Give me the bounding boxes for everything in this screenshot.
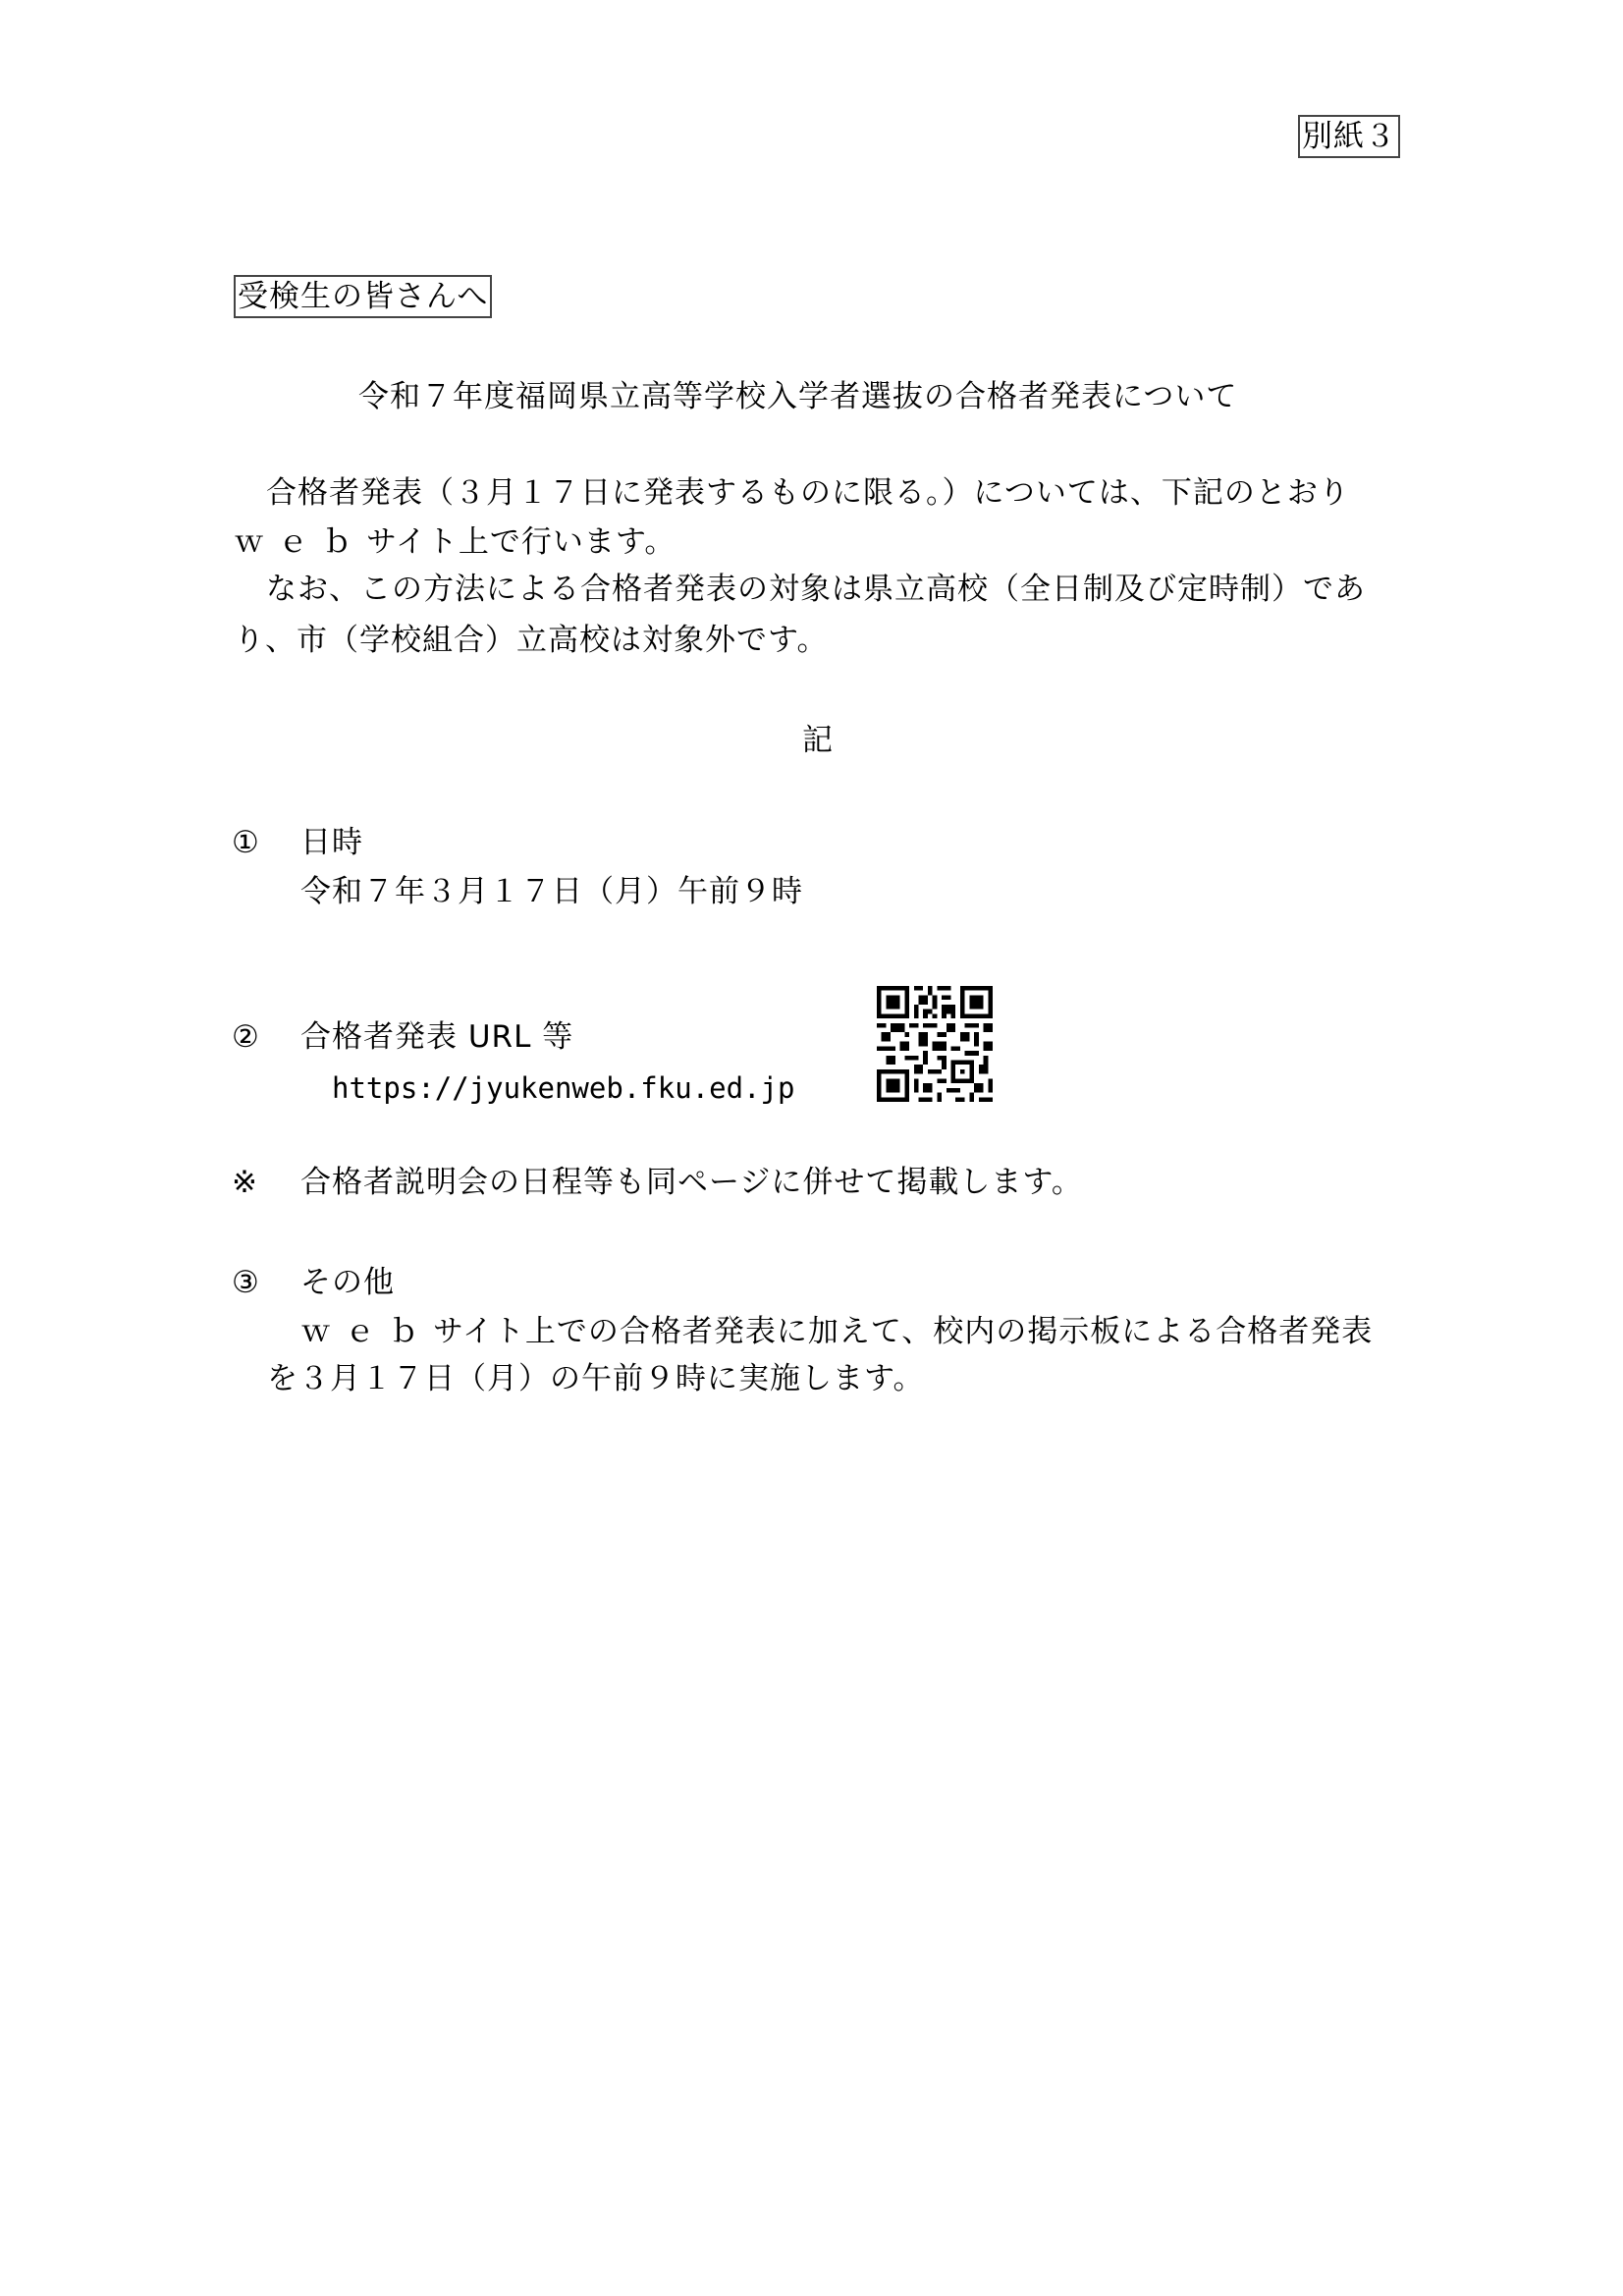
section-3-heading: その他 xyxy=(300,1263,395,1302)
section-1-body: 令和７年３月１７日（月）午前９時 xyxy=(300,872,803,911)
results-url-link[interactable]: https://jyukenweb.fku.ed.jp xyxy=(332,1068,794,1108)
section-2-heading: 合格者発表 URL 等 xyxy=(300,1017,573,1057)
intro-line-3: なお、この方法による合格者発表の対象は県立高校（全日制及び定時制）であ xyxy=(266,570,1366,609)
ki-heading: 記 xyxy=(802,721,834,760)
section-1-heading: 日時 xyxy=(300,823,363,862)
web-text: ｗｅｂ xyxy=(234,524,366,560)
addressee-label: 受検生の皆さんへ xyxy=(234,275,492,318)
attachment-label: 別紙３ xyxy=(1298,115,1400,158)
section-3-body-line-1: ｗｅｂサイト上での合格者発表に加えて、校内の掲示板による合格者発表 xyxy=(300,1312,1373,1351)
qr-code-icon xyxy=(877,986,993,1102)
intro-line-4: り、市（学校組合）立高校は対象外です。 xyxy=(234,621,829,660)
intro-line-2: ｗｅｂサイト上で行います。 xyxy=(234,522,676,562)
section-3-body-line-1-rest: サイト上での合格者発表に加えて、校内の掲示板による合格者発表 xyxy=(433,1314,1373,1349)
intro-line-2-rest: サイト上で行います。 xyxy=(366,524,676,560)
section-2-marker: ② xyxy=(232,1017,260,1057)
web-text: ｗｅｂ xyxy=(300,1314,433,1349)
intro-line-1: 合格者発表（３月１７日に発表するものに限る。）については、下記のとおり xyxy=(266,473,1350,513)
document-title: 令和７年度福岡県立高等学校入学者選抜の合格者発表について xyxy=(358,377,1237,416)
section-1-marker: ① xyxy=(232,823,260,862)
section-3-marker: ③ xyxy=(232,1263,260,1302)
section-3-body-line-2: を３月１７日（月）の午前９時に実施します。 xyxy=(267,1359,925,1398)
note-marker: ※ xyxy=(232,1163,258,1202)
note-text: 合格者説明会の日程等も同ページに併せて掲載します。 xyxy=(300,1163,1083,1202)
